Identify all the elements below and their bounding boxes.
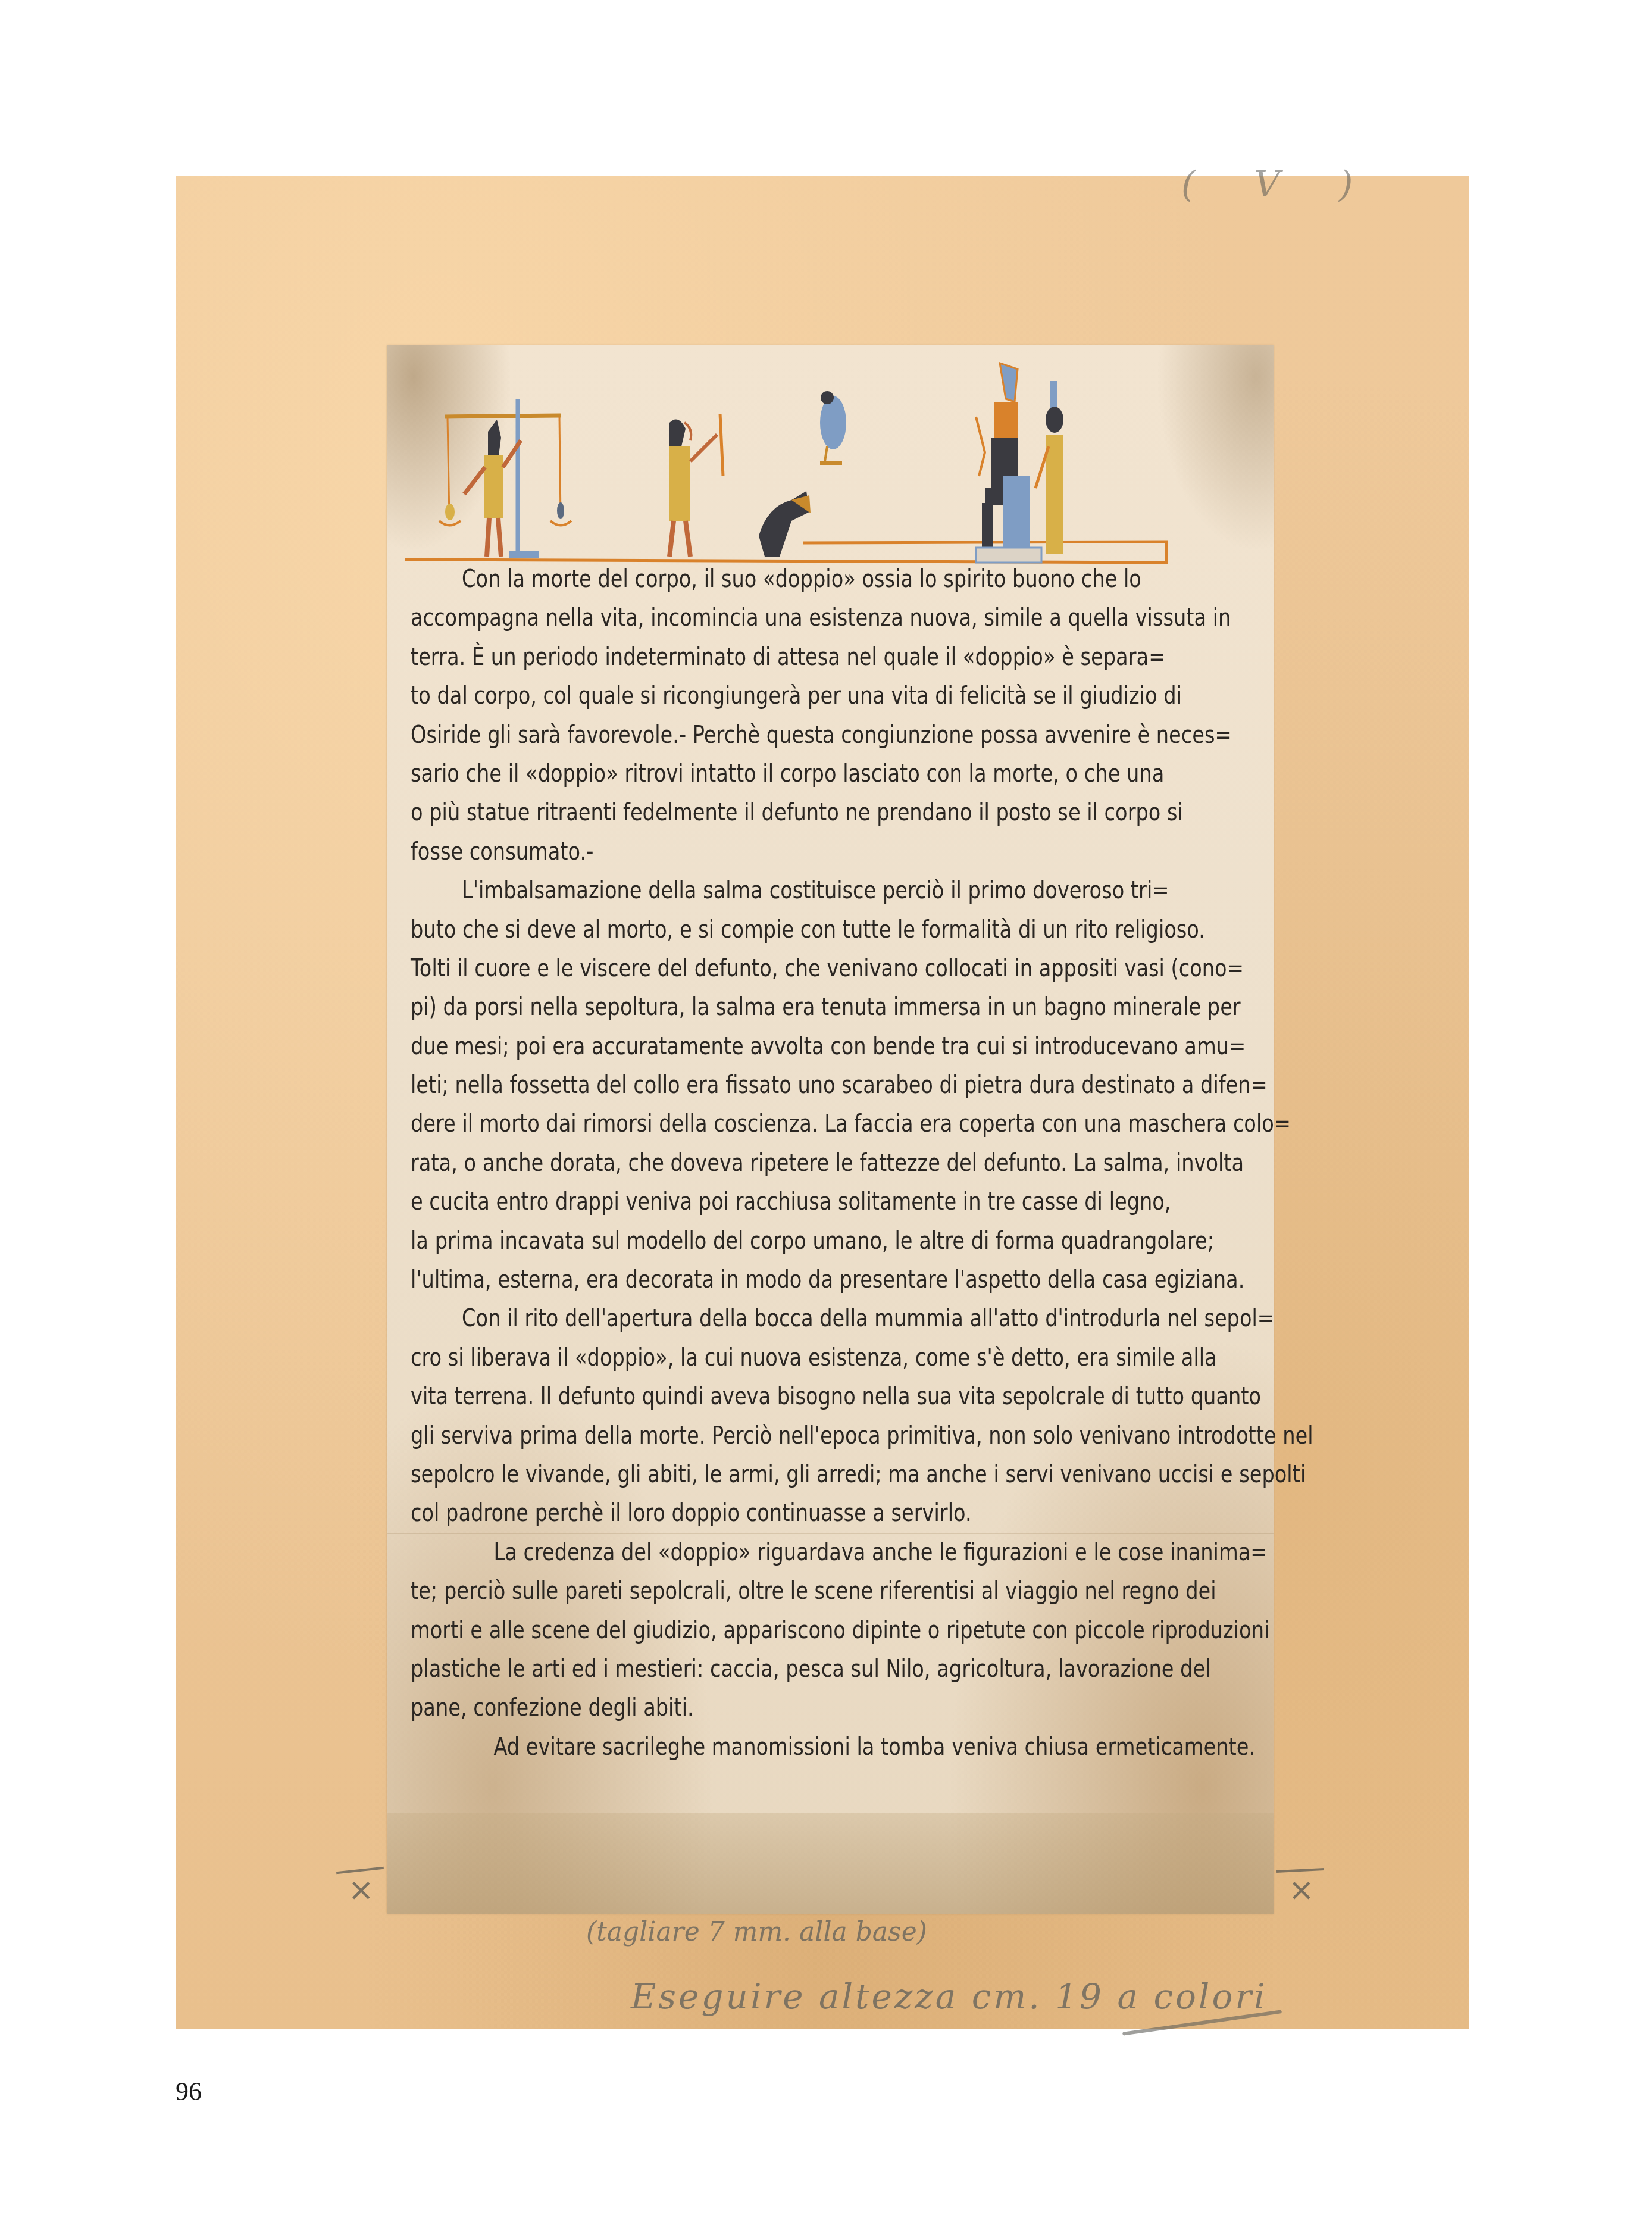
text-line: plastiche le arti ed i mestieri: caccia,…	[411, 1649, 1250, 1688]
text-line: Ad evitare sacrileghe manomissioni la to…	[411, 1727, 1250, 1766]
crop-mark-left: ×	[348, 1872, 374, 1908]
text-line: sario che il «doppio» ritrovi intatto il…	[411, 754, 1250, 793]
manuscript-body-text: Con la morte del corpo, il suo «doppio» …	[411, 560, 1250, 1766]
isis-standing-figure-icon	[1035, 381, 1063, 554]
text-line: col padrone perchè il loro doppio contin…	[411, 1494, 1250, 1532]
text-line: fosse consumato.-	[411, 832, 1250, 871]
ammit-creature-icon	[759, 491, 811, 557]
egyptian-judgment-illustration	[399, 357, 1262, 571]
text-line: Con la morte del corpo, il suo «doppio» …	[411, 560, 1250, 598]
text-line: rata, o anche dorata, che doveva ripeter…	[411, 1144, 1250, 1182]
osiris-enthroned-icon	[976, 363, 1041, 563]
manuscript-sheet: Con la morte del corpo, il suo «doppio» …	[387, 345, 1274, 1914]
text-line: cro si liberava il «doppio», la cui nuov…	[411, 1338, 1250, 1377]
horus-falcon-icon	[820, 391, 846, 463]
paragraph-4: La credenza del «doppio» riguardava anch…	[411, 1533, 1250, 1727]
corner-pencil-annotation: ( V )	[1181, 164, 1449, 217]
text-line: Osiride gli sarà favorevole.- Perchè que…	[411, 716, 1250, 754]
text-line: la prima incavata sul modello del corpo …	[411, 1221, 1250, 1260]
anubis-figure-icon	[464, 420, 521, 557]
text-line: gli serviva prima della morte. Perciò ne…	[411, 1416, 1250, 1455]
pencil-execution-instruction: Eseguire altezza cm. 19 a colori	[631, 1976, 1268, 2017]
text-line: to dal corpo, col quale si ricongiungerà…	[411, 676, 1250, 715]
text-line: accompagna nella vita, incomincia una es…	[411, 598, 1250, 637]
text-line: o più statue ritraenti fedelmente il def…	[411, 793, 1250, 832]
text-line: Tolti il cuore e le viscere del defunto,…	[411, 949, 1250, 988]
text-line: L'imbalsamazione della salma costituisce…	[411, 871, 1250, 910]
text-line: pane, confezione degli abiti.	[411, 1688, 1250, 1727]
text-line: morti e alle scene del giudizio, apparis…	[411, 1611, 1250, 1649]
text-line: e cucita entro drappi veniva poi racchiu…	[411, 1182, 1250, 1221]
text-line: pi) da porsi nella sepoltura, la salma e…	[411, 988, 1250, 1026]
paragraph-3: Con il rito dell'apertura della bocca de…	[411, 1299, 1250, 1532]
paragraph-1: Con la morte del corpo, il suo «doppio» …	[411, 560, 1250, 871]
text-line: l'ultima, esterna, era decorata in modo …	[411, 1260, 1250, 1299]
text-line: La credenza del «doppio» riguardava anch…	[411, 1533, 1250, 1572]
text-line: buto che si deve al morto, e si compie c…	[411, 910, 1250, 949]
crop-mark-right: ×	[1288, 1872, 1315, 1908]
paragraph-5: Ad evitare sacrileghe manomissioni la to…	[411, 1727, 1250, 1766]
text-line: due mesi; poi era accuratamente avvolta …	[411, 1027, 1250, 1066]
text-line: Con il rito dell'apertura della bocca de…	[411, 1299, 1250, 1338]
text-line: te; perciò sulle pareti sepolcrali, oltr…	[411, 1572, 1250, 1610]
scale-of-judgment-icon	[439, 399, 571, 558]
pencil-cut-instruction: (tagliare 7 mm. alla base)	[586, 1917, 927, 1947]
text-line: vita terrena. Il defunto quindi aveva bi…	[411, 1377, 1250, 1416]
text-line: sepolcro le vivande, gli abiti, le armi,…	[411, 1455, 1250, 1494]
thoth-figure-icon	[669, 414, 723, 557]
paragraph-2: L'imbalsamazione della salma costituisce…	[411, 871, 1250, 1299]
page-number: 96	[176, 2076, 202, 2107]
stained-bottom-strip	[387, 1813, 1274, 1914]
text-line: terra. È un periodo indeterminato di att…	[411, 638, 1250, 676]
text-line: dere il morto dai rimorsi della coscienz…	[411, 1104, 1250, 1143]
text-line: leti; nella fossetta del collo era fissa…	[411, 1066, 1250, 1104]
